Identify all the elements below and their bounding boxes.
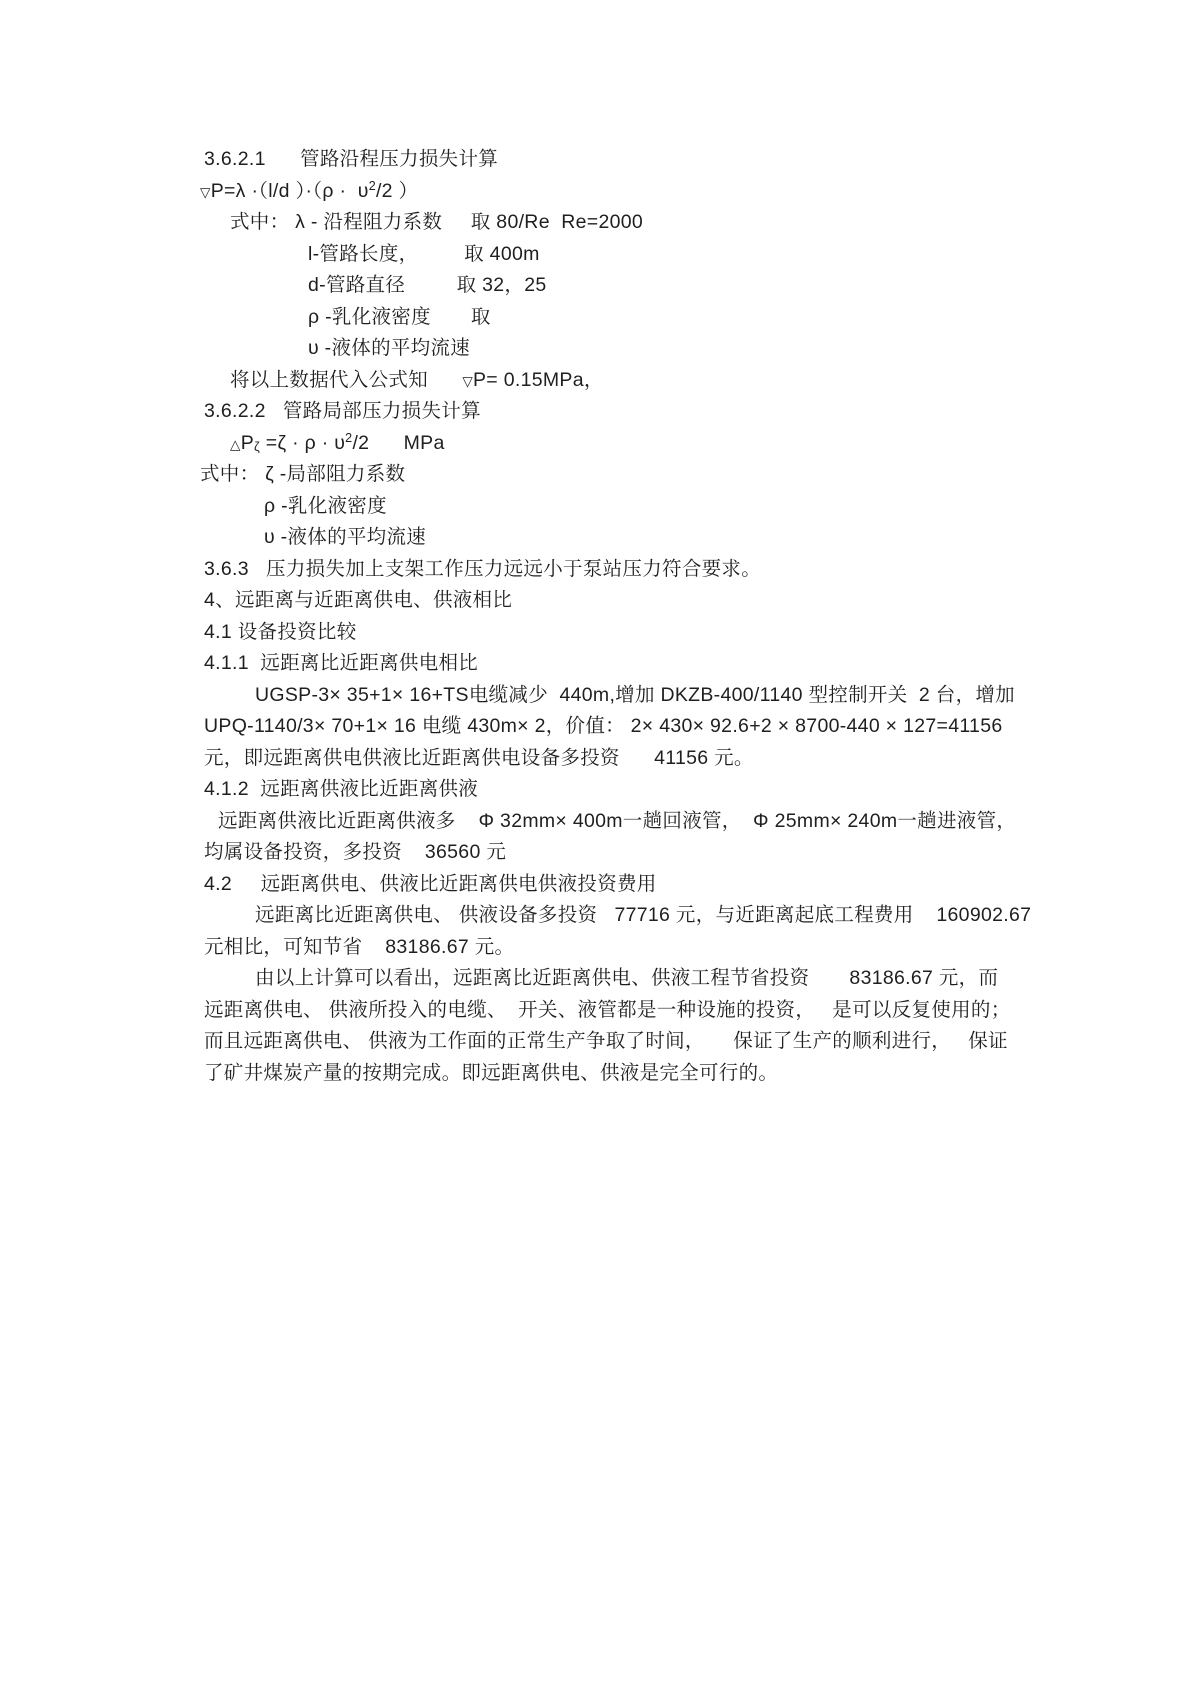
- heading-3-6-3: 3.6.3 压力损失加上支架工作压力远远小于泵站压力符合要求。: [204, 554, 1195, 586]
- conclusion-line-2: 远距离供电、 供液所投入的电缆、 开关、液管都是一种设施的投资， 是可以反复使用…: [204, 995, 1195, 1027]
- definition-d: d-管路直径 取 32，25: [308, 270, 1195, 302]
- substitution-result: 将以上数据代入公式知 ▽P= 0.15MPa，: [230, 365, 1195, 397]
- heading-4-1-1: 4.1.1 远距离比近距离供电相比: [204, 648, 1195, 680]
- nabla-symbol: ▽: [462, 374, 473, 389]
- formula-text: =ζ · ρ · υ: [260, 432, 345, 454]
- formula-friction-pressure-loss: ▽P=λ ·（l/d ）·（ρ · υ2/2 ）: [200, 176, 1195, 208]
- definition-rho-2: ρ -乳化液密度: [264, 491, 1195, 523]
- heading-3-6-2-2: 3.6.2.2 管路局部压力损失计算: [204, 396, 1195, 428]
- definition-zeta: 式中： ζ -局部阻力系数: [200, 459, 1195, 491]
- conclusion-line-1: 由以上计算可以看出，远距离比近距离供电、供液工程节省投资 83186.67 元，…: [255, 963, 1195, 995]
- document-page: 3.6.2.1 管路沿程压力损失计算 ▽P=λ ·（l/d ）·（ρ · υ2/…: [0, 0, 1195, 1692]
- delta-symbol: △: [230, 437, 241, 452]
- definition-rho: ρ -乳化液密度 取: [308, 302, 1195, 334]
- superscript-2: 2: [369, 179, 376, 193]
- conclusion-line-4: 了矿井煤炭产量的按期完成。即远距离供电、供液是完全可行的。: [204, 1058, 1195, 1090]
- paragraph-4-1-1-line-1: UGSP-3× 35+1× 16+TS电缆减少 440m,增加 DKZB-400…: [255, 680, 1195, 712]
- definition-l: l-管路长度， 取 400m: [308, 239, 1195, 271]
- result-text: 将以上数据代入公式知: [230, 369, 462, 391]
- heading-4: 4、远距离与近距离供电、供液相比: [204, 585, 1195, 617]
- conclusion-line-3: 而且远距离供电、 供液为工作面的正常生产争取了时间， 保证了生产的顺利进行， 保…: [204, 1026, 1195, 1058]
- formula-text: /2 ）: [376, 180, 418, 202]
- result-text: P= 0.15MPa，: [473, 369, 604, 391]
- definition-upsilon: υ -液体的平均流速: [308, 333, 1195, 365]
- heading-4-1-2: 4.1.2 远距离供液比近距离供液: [204, 774, 1195, 806]
- formula-text: P: [241, 432, 254, 454]
- paragraph-4-1-2-line-2: 均属设备投资，多投资 36560 元: [204, 837, 1195, 869]
- formula-local-pressure-loss: △Pζ =ζ · ρ · υ2/2 MPa: [230, 428, 1195, 460]
- paragraph-4-1-2-line-1: 远距离供液比近距离供液多 Φ 32mm× 400m一趟回液管， Φ 25mm× …: [218, 806, 1195, 838]
- nabla-symbol: ▽: [200, 185, 211, 200]
- definition-upsilon-2: υ -液体的平均流速: [264, 522, 1195, 554]
- paragraph-4-2-line-1: 远距离比近距离供电、 供液设备多投资 77716 元，与近距离起底工程费用 16…: [255, 900, 1195, 932]
- paragraph-4-1-1-line-3: 元，即远距离供电供液比近距离供电设备多投资 41156 元。: [204, 743, 1195, 775]
- heading-4-2: 4.2 远距离供电、供液比近距离供电供液投资费用: [204, 869, 1195, 901]
- heading-3-6-2-1: 3.6.2.1 管路沿程压力损失计算: [204, 144, 1195, 176]
- formula-text: P=λ ·（l/d ）·（ρ · υ: [211, 180, 369, 202]
- heading-4-1: 4.1 设备投资比较: [204, 617, 1195, 649]
- definition-lambda: 式中： λ - 沿程阻力系数 取 80/Re Re=2000: [230, 207, 1195, 239]
- formula-text: /2 MPa: [352, 432, 444, 454]
- paragraph-4-2-line-2: 元相比，可知节省 83186.67 元。: [204, 932, 1195, 964]
- paragraph-4-1-1-line-2: UPQ-1140/3× 70+1× 16 电缆 430m× 2，价值： 2× 4…: [204, 711, 1195, 743]
